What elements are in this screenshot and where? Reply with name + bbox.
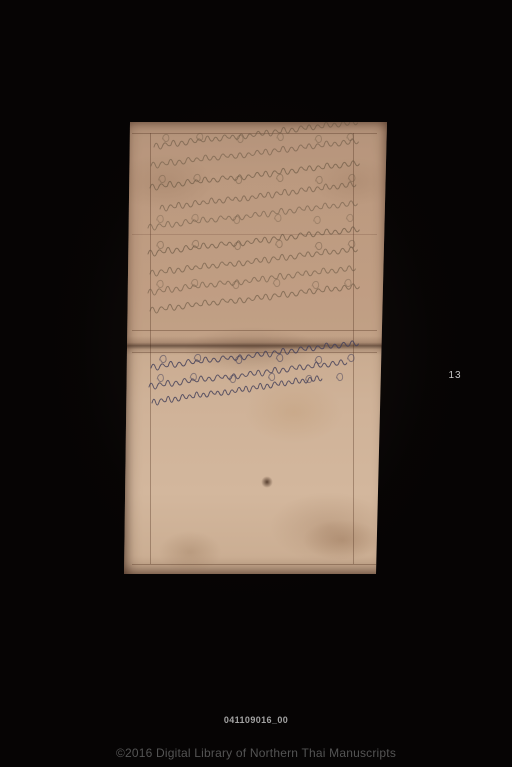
manuscript-page bbox=[124, 122, 387, 574]
handwriting-tai-tham-script bbox=[124, 122, 387, 574]
image-code-caption: 041109016_00 bbox=[0, 715, 512, 725]
manuscript-photo-viewer: 13 041109016_00 ©2016 Digital Library of… bbox=[0, 0, 512, 767]
page-number-label: 13 bbox=[440, 370, 470, 381]
copyright-footer: ©2016 Digital Library of Northern Thai M… bbox=[0, 746, 512, 760]
